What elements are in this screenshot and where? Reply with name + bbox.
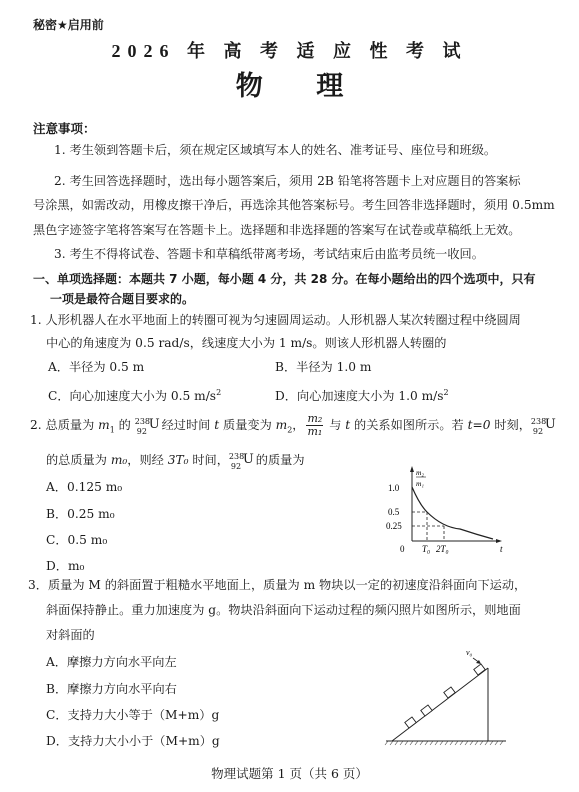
subject-title: 物 理 — [0, 64, 579, 103]
uranium-nuclide: 23892U — [531, 417, 546, 431]
decay-graph: m₂ m₁ 1.0 0.5 0.25 0 T₀ 2T₀ t — [380, 465, 510, 555]
q1-option-c: C．向心加速度大小为 0.5 m/s2 — [48, 385, 221, 404]
q1-stem-cont: 中心的角速度为 0.5 rad/s，线速度大小为 1 m/s。则该人形机器人转圈… — [46, 336, 447, 351]
q2-stem: 2. 总质量为 m1 的 23892U 经过时间 t 质量变为 m2，m₂m₁ … — [30, 413, 546, 438]
incline-figure: v₀ — [380, 642, 510, 747]
q2-stem-cont: 的总质量为 m₀，则经 3T₀ 时间，23892U 的质量为 — [46, 452, 305, 468]
q3-option-a: A．摩擦力方向水平向左 — [46, 655, 177, 670]
q1-option-a: A．半径为 0.5 m — [48, 360, 144, 375]
ytick-1.0: 1.0 — [388, 483, 400, 493]
mass-ratio-fraction: m₂m₁ — [306, 413, 323, 438]
velocity-label: v₀ — [466, 648, 473, 657]
q2-option-a: A．0.125 m₀ — [46, 480, 122, 495]
q3-stem-cont2: 对斜面的 — [46, 628, 95, 643]
section-heading-cont: 一项是最符合题目要求的。 — [50, 292, 194, 307]
page-footer: 物理试题第 1 页（共 6 页） — [0, 764, 579, 782]
q3-option-d: D．支持力大小小于（M+m）g — [46, 734, 220, 749]
notice-heading: 注意事项： — [33, 119, 96, 137]
exam-title: 2026 年 高 考 适 应 性 考 试 — [0, 37, 579, 63]
xtick-T0: T₀ — [422, 544, 430, 554]
q3-stem: 3．质量为 M 的斜面置于粗糙水平地面上，质量为 m 物块以一定的初速度沿斜面向… — [28, 578, 526, 593]
notice-item-2: 2. 考生回答选择题时，选出每小题答案后，须用 2B 铅笔将答题卡上对应题目的答… — [54, 174, 521, 189]
ytick-0.5: 0.5 — [388, 507, 400, 517]
uranium-nuclide: 23892U — [229, 452, 244, 466]
q3-option-c: C．支持力大小等于（M+m）g — [46, 708, 219, 723]
notice-item-2-cont: 号涂黑，如需改动，用橡皮擦干净后，再选涂其他答案标号。考生回答非选择题时，须用 … — [33, 198, 555, 213]
q1-option-d: D．向心加速度大小为 1.0 m/s2 — [275, 385, 449, 404]
q1-stem: 1. 人形机器人在水平地面上的转圈可视为匀速圆周运动。人形机器人某次转圈过程中绕… — [30, 313, 521, 328]
q1-option-b: B．半径为 1.0 m — [275, 360, 371, 375]
xtick-2T0: 2T₀ — [436, 544, 449, 554]
q3-stem-cont: 斜面保持静止。重力加速度为 g。物块沿斜面向下运动过程的频闪照片如图所示，则地面 — [46, 603, 521, 618]
notice-item-1: 1. 考生领到答题卡后，须在规定区域填写本人的姓名、准考证号、座位号和班级。 — [54, 143, 496, 158]
confidential-label: 秘密★启用前 — [33, 16, 104, 33]
graph-origin: 0 — [400, 544, 405, 554]
section-heading: 一、单项选择题：本题共 7 小题，每小题 4 分，共 28 分。在每小题给出的四… — [33, 272, 535, 287]
uranium-nuclide: 23892U — [135, 417, 150, 431]
graph-ylabel-num: m₂ — [416, 468, 424, 477]
graph-xlabel: t — [500, 544, 503, 554]
q2-option-b: B．0.25 m₀ — [46, 507, 115, 522]
q2-option-d: D．m₀ — [46, 559, 84, 574]
q3-option-b: B．摩擦力方向水平向右 — [46, 682, 177, 697]
ytick-0.25: 0.25 — [386, 521, 402, 531]
notice-item-3: 3. 考生不得将试卷、答题卡和草稿纸带离考场，考试结束后由监考员统一收回。 — [54, 247, 484, 262]
q2-option-c: C．0.5 m₀ — [46, 533, 107, 548]
graph-ylabel-den: m₁ — [416, 479, 424, 488]
notice-item-2-cont2: 黑色字迹签字笔将答案写在答题卡上。选择题和非选择题的答案写在试卷或草稿纸上无效。 — [33, 223, 521, 238]
